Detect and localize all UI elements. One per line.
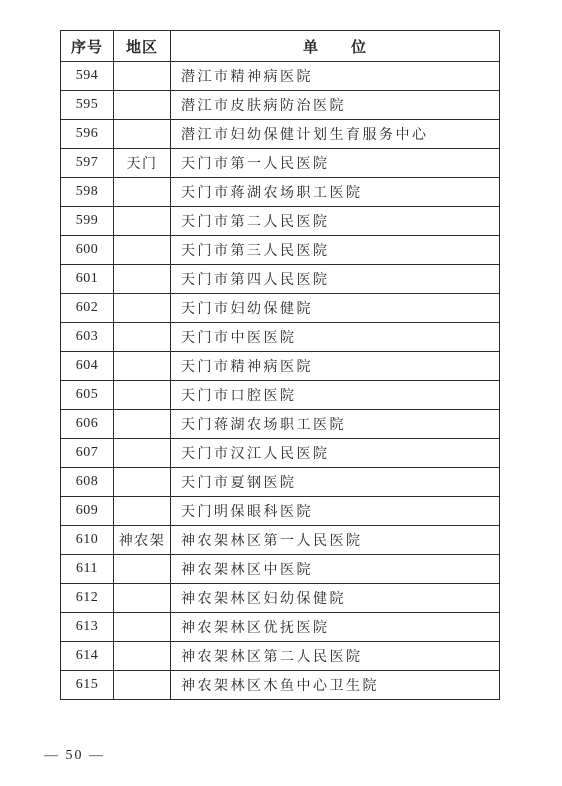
unit-cell: 天门市精神病医院 <box>171 352 500 381</box>
hospital-table: 序号 地区 单 位 594潜江市精神病医院595潜江市皮肤病防治医院596潜江市… <box>60 30 500 700</box>
serial-cell: 598 <box>61 178 114 207</box>
table-row: 604天门市精神病医院 <box>61 352 500 381</box>
serial-cell: 610 <box>61 526 114 555</box>
table-row: 599天门市第二人民医院 <box>61 207 500 236</box>
table-row: 600天门市第三人民医院 <box>61 236 500 265</box>
region-cell <box>114 236 171 265</box>
table-row: 598天门市蒋湖农场职工医院 <box>61 178 500 207</box>
table-row: 602天门市妇幼保健院 <box>61 294 500 323</box>
table-row: 605天门市口腔医院 <box>61 381 500 410</box>
document-page: 序号 地区 单 位 594潜江市精神病医院595潜江市皮肤病防治医院596潜江市… <box>0 0 562 786</box>
region-cell <box>114 468 171 497</box>
region-cell <box>114 62 171 91</box>
unit-cell: 天门市中医医院 <box>171 323 500 352</box>
table-row: 594潜江市精神病医院 <box>61 62 500 91</box>
serial-cell: 594 <box>61 62 114 91</box>
table-row: 614神农架林区第二人民医院 <box>61 642 500 671</box>
unit-cell: 天门市口腔医院 <box>171 381 500 410</box>
table-row: 608天门市夏钢医院 <box>61 468 500 497</box>
region-cell <box>114 439 171 468</box>
serial-cell: 600 <box>61 236 114 265</box>
serial-cell: 606 <box>61 410 114 439</box>
unit-cell: 天门市第三人民医院 <box>171 236 500 265</box>
serial-cell: 604 <box>61 352 114 381</box>
region-cell <box>114 642 171 671</box>
serial-cell: 601 <box>61 265 114 294</box>
region-cell: 天门 <box>114 149 171 178</box>
region-cell: 神农架 <box>114 526 171 555</box>
table-body: 594潜江市精神病医院595潜江市皮肤病防治医院596潜江市妇幼保健计划生育服务… <box>61 62 500 700</box>
unit-cell: 潜江市精神病医院 <box>171 62 500 91</box>
table-row: 607天门市汉江人民医院 <box>61 439 500 468</box>
serial-cell: 595 <box>61 91 114 120</box>
unit-cell: 神农架林区中医院 <box>171 555 500 584</box>
table-row: 603天门市中医医院 <box>61 323 500 352</box>
serial-cell: 615 <box>61 671 114 700</box>
region-cell <box>114 555 171 584</box>
serial-cell: 608 <box>61 468 114 497</box>
unit-cell: 神农架林区优抚医院 <box>171 613 500 642</box>
unit-cell: 天门明保眼科医院 <box>171 497 500 526</box>
unit-cell: 天门市第二人民医院 <box>171 207 500 236</box>
region-cell <box>114 584 171 613</box>
serial-cell: 611 <box>61 555 114 584</box>
serial-cell: 599 <box>61 207 114 236</box>
table-row: 610神农架神农架林区第一人民医院 <box>61 526 500 555</box>
unit-cell: 天门市第一人民医院 <box>171 149 500 178</box>
unit-cell: 天门市汉江人民医院 <box>171 439 500 468</box>
unit-cell: 神农架林区妇幼保健院 <box>171 584 500 613</box>
region-cell <box>114 410 171 439</box>
unit-cell: 天门蒋湖农场职工医院 <box>171 410 500 439</box>
unit-cell: 神农架林区木鱼中心卫生院 <box>171 671 500 700</box>
header-serial-number: 序号 <box>61 31 114 62</box>
table-row: 601天门市第四人民医院 <box>61 265 500 294</box>
table-row: 611神农架林区中医院 <box>61 555 500 584</box>
region-cell <box>114 178 171 207</box>
serial-cell: 605 <box>61 381 114 410</box>
unit-cell: 天门市妇幼保健院 <box>171 294 500 323</box>
serial-cell: 596 <box>61 120 114 149</box>
table-row: 595潜江市皮肤病防治医院 <box>61 91 500 120</box>
serial-cell: 597 <box>61 149 114 178</box>
region-cell <box>114 352 171 381</box>
region-cell <box>114 294 171 323</box>
page-number: — 50 — <box>44 748 105 764</box>
unit-cell: 天门市蒋湖农场职工医院 <box>171 178 500 207</box>
serial-cell: 603 <box>61 323 114 352</box>
region-cell <box>114 381 171 410</box>
table-row: 597天门天门市第一人民医院 <box>61 149 500 178</box>
region-cell <box>114 497 171 526</box>
region-cell <box>114 613 171 642</box>
serial-cell: 612 <box>61 584 114 613</box>
table-row: 609天门明保眼科医院 <box>61 497 500 526</box>
unit-cell: 神农架林区第二人民医院 <box>171 642 500 671</box>
region-cell <box>114 207 171 236</box>
region-cell <box>114 323 171 352</box>
table-row: 613神农架林区优抚医院 <box>61 613 500 642</box>
unit-cell: 潜江市妇幼保健计划生育服务中心 <box>171 120 500 149</box>
table-row: 606天门蒋湖农场职工医院 <box>61 410 500 439</box>
table-row: 615神农架林区木鱼中心卫生院 <box>61 671 500 700</box>
serial-cell: 613 <box>61 613 114 642</box>
serial-cell: 614 <box>61 642 114 671</box>
table-row: 596潜江市妇幼保健计划生育服务中心 <box>61 120 500 149</box>
unit-cell: 神农架林区第一人民医院 <box>171 526 500 555</box>
table-row: 612神农架林区妇幼保健院 <box>61 584 500 613</box>
region-cell <box>114 671 171 700</box>
unit-cell: 天门市第四人民医院 <box>171 265 500 294</box>
region-cell <box>114 120 171 149</box>
region-cell <box>114 91 171 120</box>
serial-cell: 607 <box>61 439 114 468</box>
table-header-row: 序号 地区 单 位 <box>61 31 500 62</box>
unit-cell: 潜江市皮肤病防治医院 <box>171 91 500 120</box>
unit-cell: 天门市夏钢医院 <box>171 468 500 497</box>
header-region: 地区 <box>114 31 171 62</box>
serial-cell: 609 <box>61 497 114 526</box>
region-cell <box>114 265 171 294</box>
serial-cell: 602 <box>61 294 114 323</box>
header-unit: 单 位 <box>171 31 500 62</box>
